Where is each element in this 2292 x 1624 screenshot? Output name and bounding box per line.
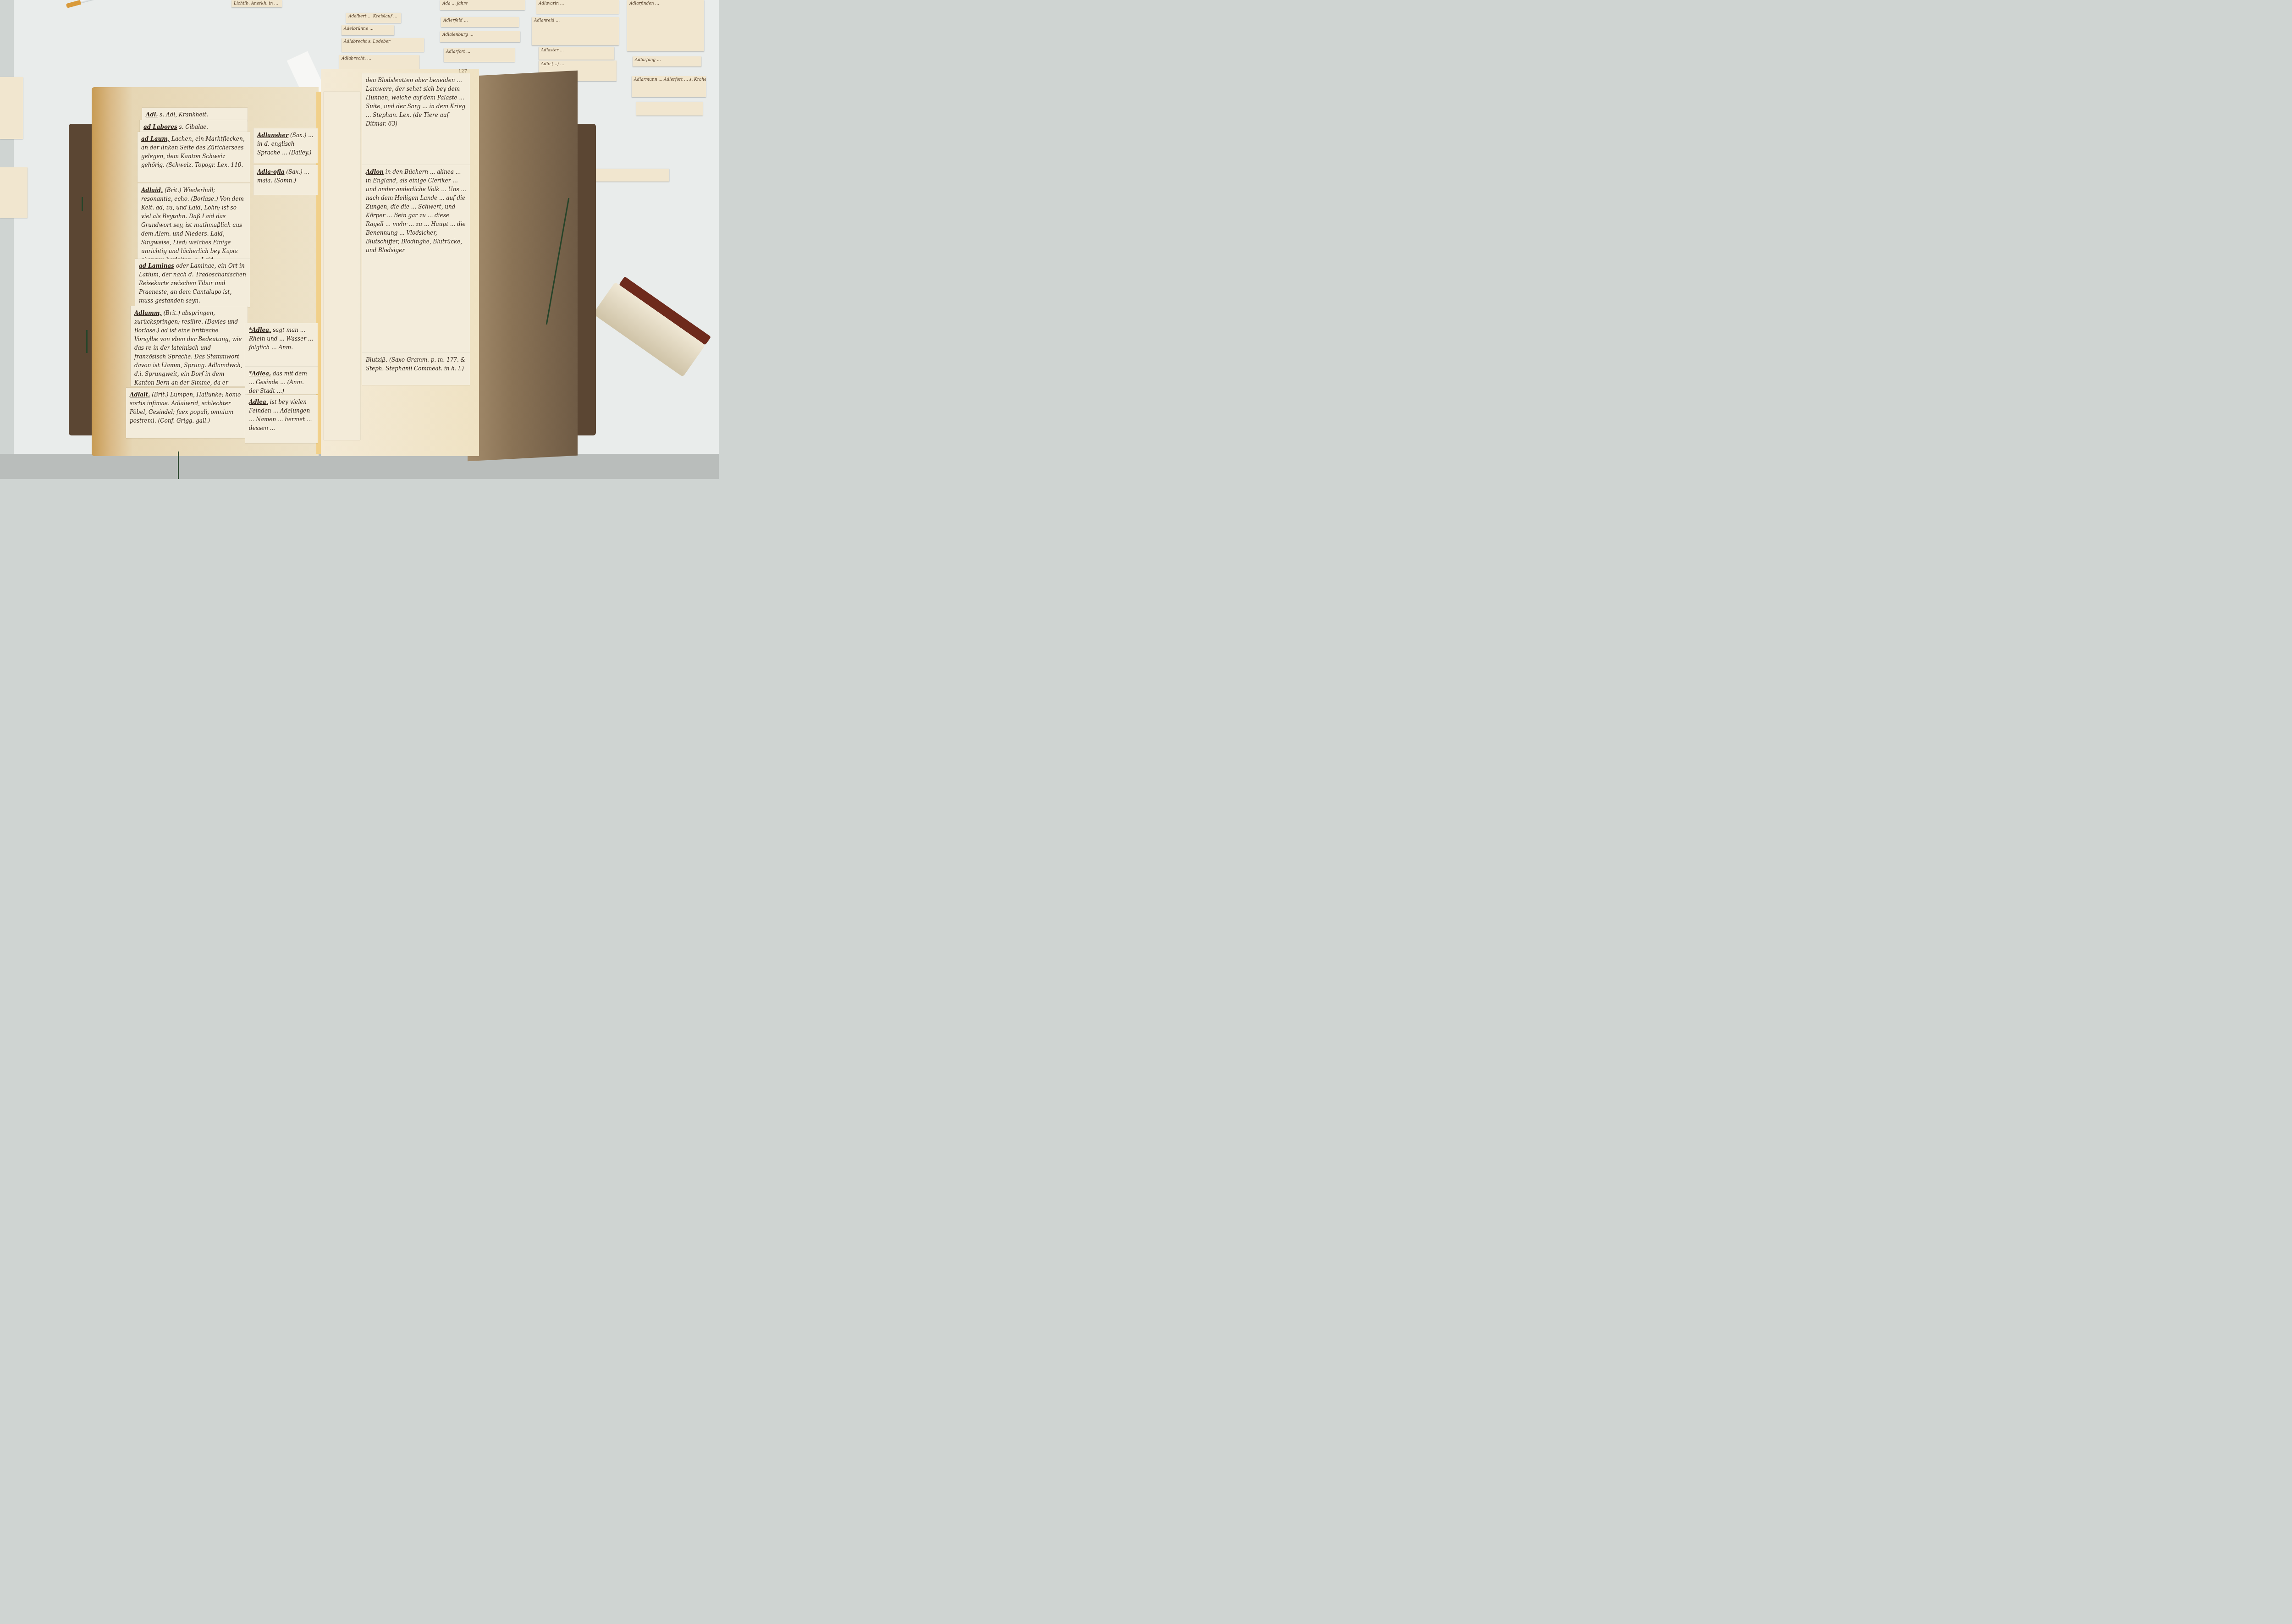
green-thread [178, 451, 179, 479]
entry-text: s. Cibalae. [179, 124, 209, 130]
table-slip [0, 167, 28, 218]
table-edge [0, 454, 719, 479]
entry-head: Adlansher [257, 132, 288, 138]
manuscript-slip: Adlea, ist bey vielen Feinden ... Adelun… [245, 395, 318, 443]
entry-head: *Adlea, [249, 370, 271, 377]
entry-head: Adlon [366, 169, 384, 175]
table-slip: Ada ... jahre [440, 0, 525, 10]
entry-text: (Brit.) abspringen, zurückspringen; resi… [134, 310, 242, 386]
table-slip [594, 169, 669, 182]
table-slip: Adelbrünne ... [342, 25, 394, 35]
table-slip [0, 77, 23, 139]
entry-head: ad Laminas [139, 263, 174, 269]
entry-text: Blutziß. (Saxo Gramm. p. m. 177. & Steph… [366, 357, 465, 372]
manuscript-slip: Adlamm, (Brit.) abspringen, zurückspring… [131, 306, 248, 386]
table-slip: Adlarfinden ... [627, 0, 704, 51]
entry-head: ad Labores [143, 124, 177, 130]
table-slip: Adelbert ... Kreislauf ... [346, 13, 401, 23]
manuscript-slip: Adl. s. Adl, Krankheit. [142, 108, 248, 121]
manuscript-slip: *Adlea, sagt man ... Rhein und ... Wasse… [245, 323, 318, 367]
manuscript-slip: Adlalt, (Brit.) Lumpen, Hallunke; homo s… [126, 388, 248, 438]
manuscript-slip-stack [324, 92, 360, 440]
table-slip: Adlarfang ... [633, 56, 701, 66]
entry-head: Adlaid, [141, 187, 163, 193]
page-number: 127 [458, 69, 467, 74]
manuscript-slip: Adlansher (Sax.) ... in d. englisch Spra… [253, 128, 318, 163]
page-block-edge [468, 71, 578, 462]
entry-text: in den Büchern ... alinea ... in England… [366, 169, 466, 253]
table-slip: Adlanreid ... [532, 17, 619, 45]
manuscript-slip: Blutziß. (Saxo Gramm. p. m. 177. & Steph… [362, 353, 470, 385]
entry-head: ad Laum, [141, 136, 170, 142]
green-thread [82, 197, 83, 211]
manuscript-slip: Adlaid, (Brit.) Wiederhall; resonantia, … [138, 183, 250, 259]
entry-head: *Adlea, [249, 327, 271, 333]
entry-text: s. Adl, Krankheit. [160, 111, 208, 118]
entry-head: Adlalt, [130, 391, 150, 398]
manuscript-slip: Adla-ofla (Sax.) ... mala. (Somn.) [253, 165, 318, 195]
manuscript-slip: ad Labores s. Cibalae. [140, 120, 248, 133]
table-slip: Adlavarin ... [536, 0, 619, 14]
entry-head: Adlea, [249, 399, 268, 405]
table-slip: Adlalenburg ... [440, 31, 520, 42]
manuscript-slip: ad Laminas oder Laminae, ein Ort in Lati… [135, 259, 250, 307]
manuscript-slip: *Adlea, das mit dem ... Gesinde ... (Anm… [245, 367, 318, 394]
table-slip: Adlarmunn ... Adlerfort ... s. Krahe [632, 76, 706, 97]
entry-head: Adla-ofla [257, 169, 285, 175]
table-slip [636, 102, 703, 116]
entry-text: den Blodsleutten aber beneiden ... Lamwe… [366, 77, 465, 127]
green-thread [86, 330, 88, 353]
entry-head: Adlamm, [134, 310, 162, 316]
manuscript-slip: den Blodsleutten aber beneiden ... Lamwe… [362, 73, 470, 165]
manuscript-slip: Adlon in den Büchern ... alinea ... in E… [362, 165, 470, 353]
table-slip: Adlerfeld ... [441, 17, 519, 27]
manuscript-slip: ad Laum, Lachen, ein Marktflecken, an de… [138, 132, 250, 182]
entry-head: Adl. [146, 111, 158, 118]
table-slip: Adlabrecht s. Lodeber [342, 38, 424, 52]
table-slip: Adlaster ... [539, 47, 614, 60]
table-slip: Adlarfort ... [444, 48, 515, 62]
table-slip: Lichtlb. Anerkh. in ... [231, 0, 282, 7]
entry-text: (Brit.) Wiederhall; resonantia, echo. (B… [141, 187, 244, 259]
